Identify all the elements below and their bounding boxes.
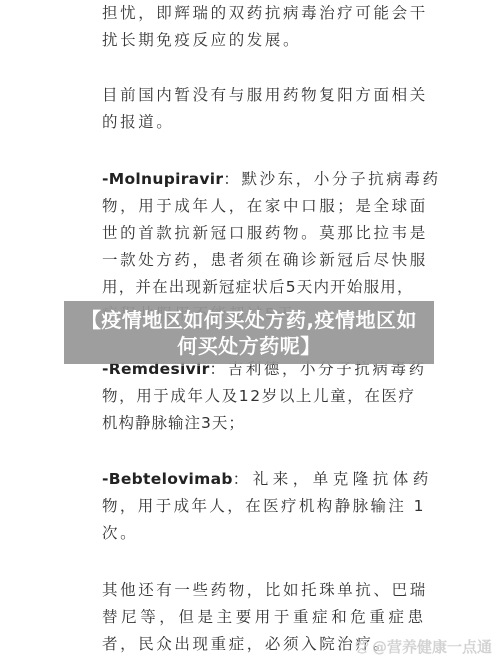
article-line: 世的首款抗新冠口服药物。莫那比拉韦是 bbox=[102, 220, 428, 247]
article-line: 者，民众出现重症，必须入院治疗。 bbox=[102, 631, 392, 658]
baidu-paw-icon bbox=[354, 639, 370, 655]
source-watermark: @营养健康一点通 bbox=[354, 636, 492, 657]
drug-name: -Molnupiravir bbox=[102, 170, 223, 188]
drug-entry-molnupiravir: -Molnupiravir：默沙东，小分子抗病毒药 bbox=[102, 166, 441, 193]
article-line: 次。 bbox=[102, 520, 138, 547]
article-line: 担忧，即辉瑞的双药抗病毒治疗可能会干 bbox=[102, 0, 428, 27]
article-line: 目前国内暂没有与服用药物复阳方面相关 bbox=[102, 82, 428, 109]
article-line: 物，用于成年人，在医疗机构静脉输注 1 bbox=[102, 493, 426, 520]
overlay-title-line-2: 何买处方药呢】 bbox=[177, 333, 321, 359]
article-line: 扰长期免疫反应的发展。 bbox=[102, 27, 301, 54]
article-line: 用，并在出现新冠症状后5天内开始服用， bbox=[102, 274, 414, 301]
overlay-title-line-1: 【疫情地区如何买处方药,疫情地区如 bbox=[81, 307, 417, 333]
drug-entry-bebtelovimab: -Bebtelovimab：礼来，单克隆抗体药 bbox=[102, 466, 433, 493]
article-line: 替尼等，但是主要用于重症和危重症患 bbox=[102, 604, 427, 631]
title-overlay-banner: 【疫情地区如何买处方药,疫情地区如 何买处方药呢】 bbox=[64, 301, 434, 364]
watermark-text: @营养健康一点通 bbox=[372, 636, 492, 657]
article-line: 一款处方药，患者须在确诊新冠后尽快服 bbox=[102, 247, 428, 274]
article-line: 物，用于成年人，在家中口服；是全球面 bbox=[102, 193, 428, 220]
drug-name: -Bebtelovimab bbox=[102, 470, 233, 488]
article-line: 物，用于成年人及12岁以上儿童，在医疗 bbox=[102, 383, 416, 410]
article-line: 机构静脉输注3天； bbox=[102, 410, 245, 437]
article-line: 的报道。 bbox=[102, 109, 174, 136]
article-line: 其他还有一些药物，比如托珠单抗、巴瑞 bbox=[102, 577, 428, 604]
